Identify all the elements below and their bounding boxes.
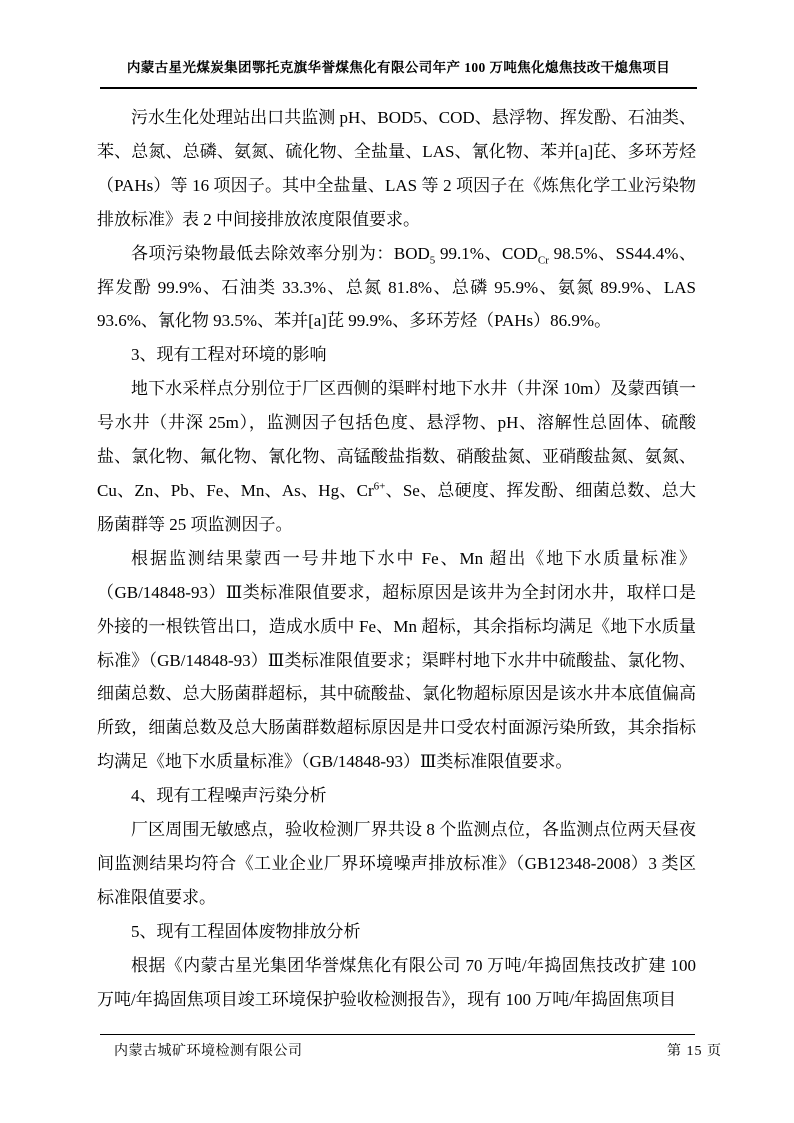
superscript-text: 6+: [374, 480, 386, 492]
body-paragraph: 根据《内蒙古星光集团华誉煤焦化有限公司 70 万吨/年捣固焦技改扩建 100 万…: [97, 949, 696, 1017]
document-page: 内蒙古星光煤炭集团鄂托克旗华誉煤焦化有限公司年产 100 万吨焦化熄焦技改干熄焦…: [0, 0, 794, 1123]
body-paragraph: 厂区周围无敏感点，验收检测厂界共设 8 个监测点位，各监测点位两天昼夜间监测结果…: [97, 813, 696, 915]
body-paragraph: 各项污染物最低去除效率分别为：BOD5 99.1%、CODCr 98.5%、SS…: [97, 237, 696, 339]
footer-rule: [100, 1034, 695, 1035]
page-header-title: 内蒙古星光煤炭集团鄂托克旗华誉煤焦化有限公司年产 100 万吨焦化熄焦技改干熄焦…: [100, 0, 697, 76]
section-heading: 5、现有工程固体废物排放分析: [97, 915, 696, 949]
page-footer: 内蒙古城矿环境检测有限公司 第 15 页: [114, 1040, 722, 1060]
section-heading: 4、现有工程噪声污染分析: [97, 779, 696, 813]
subscript-text: Cr: [538, 254, 549, 266]
footer-company-name: 内蒙古城矿环境检测有限公司: [114, 1040, 303, 1060]
body-paragraph: 地下水采样点分别位于厂区西侧的渠畔村地下水井（井深 10m）及蒙西镇一号水井（井…: [97, 372, 696, 542]
page-header: 内蒙古星光煤炭集团鄂托克旗华誉煤焦化有限公司年产 100 万吨焦化熄焦技改干熄焦…: [100, 0, 697, 89]
header-rule: [100, 87, 697, 89]
body-paragraph: 根据监测结果蒙西一号井地下水中 Fe、Mn 超出《地下水质量标准》（GB/148…: [97, 542, 696, 779]
subscript-text: 5: [430, 254, 436, 266]
footer-page-number: 第 15 页: [667, 1040, 722, 1060]
document-body: 污水生化处理站出口共监测 pH、BOD5、COD、悬浮物、挥发酚、石油类、苯、总…: [97, 101, 696, 1016]
section-heading: 3、现有工程对环境的影响: [97, 338, 696, 372]
body-paragraph: 污水生化处理站出口共监测 pH、BOD5、COD、悬浮物、挥发酚、石油类、苯、总…: [97, 101, 696, 237]
